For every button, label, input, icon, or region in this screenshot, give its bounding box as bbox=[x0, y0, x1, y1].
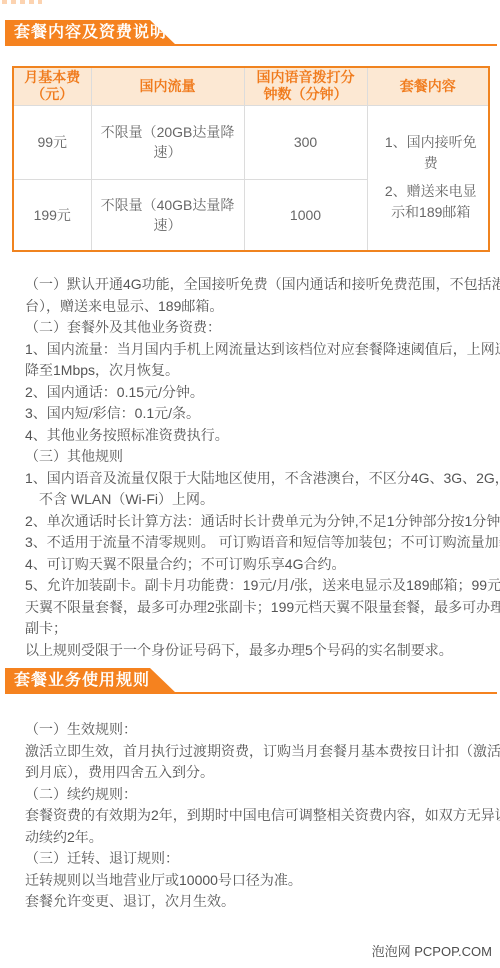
rule-line: 4、可订购天翼不限量合约；不可订购乐享4G合约。 bbox=[25, 554, 500, 576]
rule-line: 迁转规则以当地营业厅或10000号口径为准。 bbox=[25, 870, 500, 892]
cell-monthly-fee: 99元 bbox=[13, 105, 91, 179]
rule-line: 2、单次通话时长计算方法：通话时长计费单元为分钟,不足1分钟部分按1分钟计。 bbox=[25, 511, 500, 533]
site-watermark: 泡泡网 PCPOP.COM bbox=[372, 941, 492, 960]
col-header-data-allowance: 国内流量 bbox=[91, 67, 244, 105]
rule-line: 1、国内流量：当月国内手机上网流量达到该档位对应套餐降速阈值后，上网速率 bbox=[25, 339, 500, 361]
rule-line: 5、允许加装副卡。副卡月功能费：19元/月/张，送来电显示及189邮箱；99元档 bbox=[25, 575, 500, 597]
usage-section-header: 套餐业务使用规则 bbox=[5, 668, 497, 694]
rule-line: （三）其他规则 bbox=[25, 446, 500, 468]
rule-line: 3、国内短/彩信：0.1元/条。 bbox=[25, 403, 500, 425]
rule-line: 以上规则受限于一个身份证号码下，最多办理5个号码的实名制要求。 bbox=[25, 640, 500, 662]
cell-voice-minutes: 1000 bbox=[244, 179, 367, 251]
fees-rules-text: （一）默认开通4G功能，全国接听免费（国内通话和接听免费范围，不包括港澳台），赠… bbox=[0, 274, 500, 661]
cell-data-allowance: 不限量（40GB达量降速） bbox=[91, 179, 244, 251]
page: { "colors": { "accent": "#F5821F", "tabl… bbox=[0, 0, 500, 968]
package-item: 2、赠送来电显示和189邮箱 bbox=[380, 181, 483, 223]
cell-monthly-fee: 199元 bbox=[13, 179, 91, 251]
col-header-package-content: 套餐内容 bbox=[367, 67, 489, 105]
rule-line: （三）迁转、退订规则： bbox=[25, 848, 500, 870]
cell-voice-minutes: 300 bbox=[244, 105, 367, 179]
usage-section-title: 套餐业务使用规则 bbox=[5, 668, 177, 694]
table-row-99: 99元 不限量（20GB达量降速） 300 1、国内接听免费 2、赠送来电显示和… bbox=[13, 105, 489, 179]
rule-line: 天翼不限量套餐，最多可办理2张副卡；199元档天翼不限量套餐，最多可办理4张 bbox=[25, 597, 500, 619]
col-header-monthly-fee: 月基本费 （元） bbox=[13, 67, 91, 105]
rule-line: （二）续约规则： bbox=[25, 784, 500, 806]
rule-line: （一）默认开通4G功能，全国接听免费（国内通话和接听免费范围，不包括港澳 bbox=[25, 274, 500, 296]
plan-table: 月基本费 （元） 国内流量 国内语音拨打分 钟数（分钟） 套餐内容 99元 不限… bbox=[12, 66, 490, 252]
rule-line: 2、国内通话：0.15元/分钟。 bbox=[25, 382, 500, 404]
rule-line: 副卡； bbox=[25, 618, 500, 640]
rule-line: 不含 WLAN（Wi-Fi）上网。 bbox=[25, 489, 500, 511]
fees-section-header: 套餐内容及资费说明 bbox=[5, 20, 497, 46]
rule-line: 到月底），费用四舍五入到分。 bbox=[25, 762, 500, 784]
rule-line: 套餐资费的有效期为2年，到期时中国电信可调整相关资费内容，如双方无异议自 bbox=[25, 805, 500, 827]
rule-line: 套餐允许变更、退订，次月生效。 bbox=[25, 891, 500, 913]
fees-section-title: 套餐内容及资费说明 bbox=[5, 20, 177, 46]
rule-line: 降至1Mbps，次月恢复。 bbox=[25, 360, 500, 382]
clipped-text-fragment bbox=[2, 0, 42, 4]
rule-line: 4、其他业务按照标准资费执行。 bbox=[25, 425, 500, 447]
rule-line: 1、国内语音及流量仅限于大陆地区使用，不含港澳台，不区分4G、3G、2G， bbox=[25, 468, 500, 490]
rule-line: 激活立即生效，首月执行过渡期资费，订购当月套餐月基本费按日计扣（激活当日 bbox=[25, 741, 500, 763]
usage-rules-text: （一）生效规则：激活立即生效，首月执行过渡期资费，订购当月套餐月基本费按日计扣（… bbox=[0, 719, 500, 913]
rule-line: 3、不适用于流量不清零规则。 可订购语音和短信等加装包；不可订购流量加装包。 bbox=[25, 532, 500, 554]
rule-line: （一）生效规则： bbox=[25, 719, 500, 741]
rule-line: 台），赠送来电显示、189邮箱。 bbox=[25, 296, 500, 318]
rule-line: （二）套餐外及其他业务资费： bbox=[25, 317, 500, 339]
cell-package-content: 1、国内接听免费 2、赠送来电显示和189邮箱 bbox=[367, 105, 489, 251]
rule-line: 动续约2年。 bbox=[25, 827, 500, 849]
package-item: 1、国内接听免费 bbox=[380, 132, 483, 174]
table-header-row: 月基本费 （元） 国内流量 国内语音拨打分 钟数（分钟） 套餐内容 bbox=[13, 67, 489, 105]
col-header-voice-minutes: 国内语音拨打分 钟数（分钟） bbox=[244, 67, 367, 105]
cell-data-allowance: 不限量（20GB达量降速） bbox=[91, 105, 244, 179]
